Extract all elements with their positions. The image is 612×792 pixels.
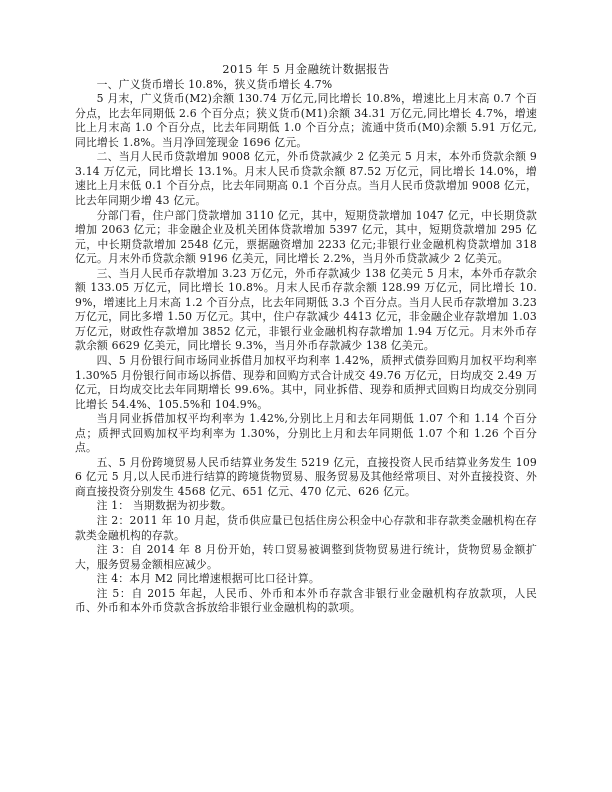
document-title: 2015 年 5 月金融统计数据报告: [75, 63, 537, 78]
section-4-paragraph: 四、5 月份银行间市场同业拆借月加权平均利率 1.42%，质押式债券回购月加权平…: [75, 354, 537, 412]
section-4-paragraph-rates: 当月同业拆借加权平均利率为 1.42%,分别比上月和去年同期低 1.07 个和 …: [75, 412, 537, 456]
document-page: 2015 年 5 月金融统计数据报告 一、广义货币增长 10.8%，狭义货币增长…: [0, 0, 612, 792]
note-2: 注 2：2011 年 10 月起，货币供应量已包括住房公积金中心存款和非存款类金…: [75, 514, 537, 543]
section-1-heading: 一、广义货币增长 10.8%，狭义货币增长 4.7%: [75, 78, 537, 93]
note-5: 注 5：自 2015 年起，人民币、外币和本外币存款含非银行业金融机构存放款项，…: [75, 587, 537, 616]
section-2-paragraph: 二、当月人民币贷款增加 9008 亿元，外币贷款减少 2 亿美元 5 月末，本外…: [75, 150, 537, 208]
section-2-paragraph-by-sector: 分部门看，住户部门贷款增加 3110 亿元，其中，短期贷款增加 1047 亿元，…: [75, 209, 537, 267]
section-1-paragraph: 5 月末，广义货币(M2)余额 130.74 万亿元,同比增长 10.8%，增速…: [75, 92, 537, 150]
note-1: 注 1： 当期数据为初步数。: [75, 499, 537, 514]
note-3: 注 3：自 2014 年 8 月份开始，转口贸易被调整到货物贸易进行统计，货物贸…: [75, 543, 537, 572]
section-5-paragraph: 五、5 月份跨境贸易人民币结算业务发生 5219 亿元，直接投资人民币结算业务发…: [75, 456, 537, 500]
note-4: 注 4：本月 M2 同比增速根据可比口径计算。: [75, 572, 537, 587]
section-3-paragraph: 三、当月人民币存款增加 3.23 万亿元，外币存款减少 138 亿美元 5 月末…: [75, 267, 537, 354]
